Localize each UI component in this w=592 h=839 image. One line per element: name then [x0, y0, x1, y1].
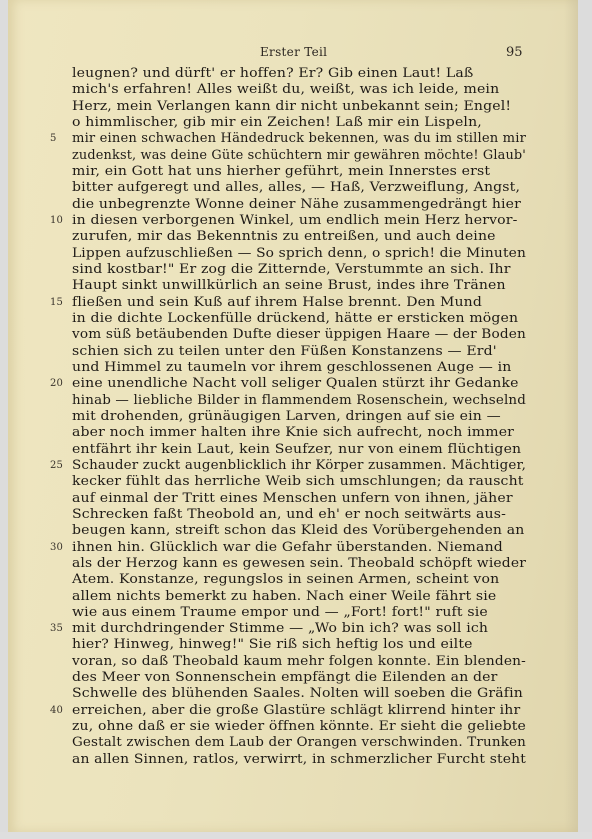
line-text: Schrecken faßt Theobold an, und eh' er n…	[72, 507, 506, 523]
text-line: beugen kann, streift schon das Kleid des…	[72, 523, 526, 539]
text-line: Gestalt zwischen dem Laub der Orangen ve…	[72, 735, 526, 751]
text-line: hier? Hinweg, hinweg!" Sie riß sich heft…	[72, 637, 526, 653]
text-line: wie aus einem Traume empor und — „Fort! …	[72, 605, 526, 621]
line-text: in diesen verborgenen Winkel, um endlich…	[72, 213, 518, 229]
line-text: fließen und sein Kuß auf ihrem Halse bre…	[72, 295, 482, 311]
page-number: 95	[506, 45, 523, 60]
line-text: auf einmal der Tritt eines Menschen unfe…	[72, 491, 513, 507]
body-text: leugnen? und dürft' er hoffen? Er? Gib e…	[72, 66, 526, 768]
line-text: Atem. Konstanze, regungslos in seinen Ar…	[72, 572, 499, 588]
text-line: aber noch immer halten ihre Knie sich au…	[72, 425, 526, 441]
line-text: als der Herzog kann es gewesen sein. The…	[72, 556, 526, 572]
line-text: entfährt ihr kein Laut, kein Seufzer, nu…	[72, 442, 521, 458]
text-line: hinab — liebliche Bilder in flammendem R…	[72, 393, 526, 409]
line-number: 10	[50, 213, 66, 229]
line-text: allem nichts bemerkt zu haben. Nach eine…	[72, 589, 496, 605]
text-line: des Meer von Sonnenschein empfängt die E…	[72, 670, 526, 686]
line-text: vom süß betäubenden Dufte dieser üppigen…	[72, 327, 526, 343]
line-number: 20	[50, 376, 66, 392]
line-text: kecker fühlt das herrliche Weib sich ums…	[72, 474, 524, 490]
line-number: 40	[50, 703, 66, 719]
line-number: 25	[50, 458, 66, 474]
text-line: Haupt sinkt unwillkürlich an seine Brust…	[72, 278, 526, 294]
text-line: Schwelle des blühenden Saales. Nolten wi…	[72, 686, 526, 702]
line-text: mir einen schwachen Händedruck bekennen,…	[72, 131, 526, 147]
line-text: Schauder zuckt augenblicklich ihr Körper…	[72, 458, 526, 474]
line-text: o himmlischer, gib mir ein Zeichen! Laß …	[72, 115, 482, 131]
line-text: Haupt sinkt unwillkürlich an seine Brust…	[72, 278, 506, 294]
line-text: erreichen, aber die große Glastüre schlä…	[72, 703, 520, 719]
line-text: wie aus einem Traume empor und — „Fort! …	[72, 605, 488, 621]
text-line: die unbegrenzte Wonne deiner Nähe zusamm…	[72, 197, 526, 213]
line-number: 35	[50, 621, 66, 637]
line-text: des Meer von Sonnenschein empfängt die E…	[72, 670, 498, 686]
text-line: zudenkst, was deine Güte schüchtern mir …	[72, 148, 526, 164]
line-text: ihnen hin. Glücklich war die Gefahr über…	[72, 540, 503, 556]
text-line: schien sich zu teilen unter den Füßen Ko…	[72, 344, 526, 360]
text-line: 35mit durchdringender Stimme — „Wo bin i…	[72, 621, 526, 637]
text-line: o himmlischer, gib mir ein Zeichen! Laß …	[72, 115, 526, 131]
line-text: voran, so daß Theobald kaum mehr folgen …	[72, 654, 526, 670]
text-line: voran, so daß Theobald kaum mehr folgen …	[72, 654, 526, 670]
line-text: zudenkst, was deine Güte schüchtern mir …	[72, 148, 526, 164]
line-text: zu, ohne daß er sie wieder öffnen könnte…	[72, 719, 526, 735]
line-text: in die dichte Lockenfülle drückend, hätt…	[72, 311, 518, 327]
line-text: schien sich zu teilen unter den Füßen Ko…	[72, 344, 497, 360]
line-text: und Himmel zu taumeln vor ihrem geschlos…	[72, 360, 511, 376]
line-text: Lippen aufzuschließen — So sprich denn, …	[72, 246, 526, 262]
text-line: kecker fühlt das herrliche Weib sich ums…	[72, 474, 526, 490]
line-text: Gestalt zwischen dem Laub der Orangen ve…	[72, 735, 526, 751]
text-line: entfährt ihr kein Laut, kein Seufzer, nu…	[72, 442, 526, 458]
line-number: 15	[50, 295, 66, 311]
text-line: 10in diesen verborgenen Winkel, um endli…	[72, 213, 526, 229]
line-text: mit drohenden, grünäugigen Larven, dring…	[72, 409, 501, 425]
text-line: allem nichts bemerkt zu haben. Nach eine…	[72, 589, 526, 605]
text-line: auf einmal der Tritt eines Menschen unfe…	[72, 491, 526, 507]
viewer-bottom-margin	[0, 832, 592, 839]
text-line: 15fließen und sein Kuß auf ihrem Halse b…	[72, 295, 526, 311]
line-text: mir, ein Gott hat uns hierher geführt, m…	[72, 164, 490, 180]
text-line: 40erreichen, aber die große Glastüre sch…	[72, 703, 526, 719]
line-text: hinab — liebliche Bilder in flammendem R…	[72, 393, 526, 409]
line-text: mich's erfahren! Alles weißt du, weißt, …	[72, 82, 499, 98]
text-line: Atem. Konstanze, regungslos in seinen Ar…	[72, 572, 526, 588]
line-text: an allen Sinnen, ratlos, verwirrt, in sc…	[72, 752, 526, 768]
running-head: Erster Teil 95	[8, 45, 578, 63]
text-line: 20eine unendliche Nacht voll seliger Qua…	[72, 376, 526, 392]
running-title: Erster Teil	[260, 45, 327, 59]
text-line: 30ihnen hin. Glücklich war die Gefahr üb…	[72, 540, 526, 556]
text-line: 25Schauder zuckt augenblicklich ihr Körp…	[72, 458, 526, 474]
book-page: Erster Teil 95 leugnen? und dürft' er ho…	[8, 0, 578, 832]
text-line: Herz, mein Verlangen kann dir nicht unbe…	[72, 99, 526, 115]
text-line: als der Herzog kann es gewesen sein. The…	[72, 556, 526, 572]
line-text: beugen kann, streift schon das Kleid des…	[72, 523, 525, 539]
text-line: Lippen aufzuschließen — So sprich denn, …	[72, 246, 526, 262]
line-text: mit durchdringender Stimme — „Wo bin ich…	[72, 621, 488, 637]
text-line: vom süß betäubenden Dufte dieser üppigen…	[72, 327, 526, 343]
text-line: und Himmel zu taumeln vor ihrem geschlos…	[72, 360, 526, 376]
text-line: mich's erfahren! Alles weißt du, weißt, …	[72, 82, 526, 98]
text-line: zurufen, mir das Bekenntnis zu entreißen…	[72, 229, 526, 245]
line-text: sind kostbar!" Er zog die Zitternde, Ver…	[72, 262, 511, 278]
line-text: aber noch immer halten ihre Knie sich au…	[72, 425, 514, 441]
line-text: Schwelle des blühenden Saales. Nolten wi…	[72, 686, 523, 702]
line-text: leugnen? und dürft' er hoffen? Er? Gib e…	[72, 66, 473, 82]
line-text: zurufen, mir das Bekenntnis zu entreißen…	[72, 229, 496, 245]
text-line: leugnen? und dürft' er hoffen? Er? Gib e…	[72, 66, 526, 82]
text-line: zu, ohne daß er sie wieder öffnen könnte…	[72, 719, 526, 735]
text-line: mit drohenden, grünäugigen Larven, dring…	[72, 409, 526, 425]
line-text: bitter aufgeregt und alles, alles, — Haß…	[72, 180, 520, 196]
line-number: 5	[50, 131, 66, 147]
text-line: Schrecken faßt Theobold an, und eh' er n…	[72, 507, 526, 523]
line-text: Herz, mein Verlangen kann dir nicht unbe…	[72, 99, 511, 115]
text-line: an allen Sinnen, ratlos, verwirrt, in sc…	[72, 752, 526, 768]
text-line: bitter aufgeregt und alles, alles, — Haß…	[72, 180, 526, 196]
page-edge-shadow	[564, 0, 578, 832]
line-text: hier? Hinweg, hinweg!" Sie riß sich heft…	[72, 637, 473, 653]
line-number: 30	[50, 540, 66, 556]
text-line: in die dichte Lockenfülle drückend, hätt…	[72, 311, 526, 327]
line-text: eine unendliche Nacht voll seliger Quale…	[72, 376, 519, 392]
text-line: 5mir einen schwachen Händedruck bekennen…	[72, 131, 526, 147]
line-text: die unbegrenzte Wonne deiner Nähe zusamm…	[72, 197, 521, 213]
text-line: mir, ein Gott hat uns hierher geführt, m…	[72, 164, 526, 180]
text-line: sind kostbar!" Er zog die Zitternde, Ver…	[72, 262, 526, 278]
